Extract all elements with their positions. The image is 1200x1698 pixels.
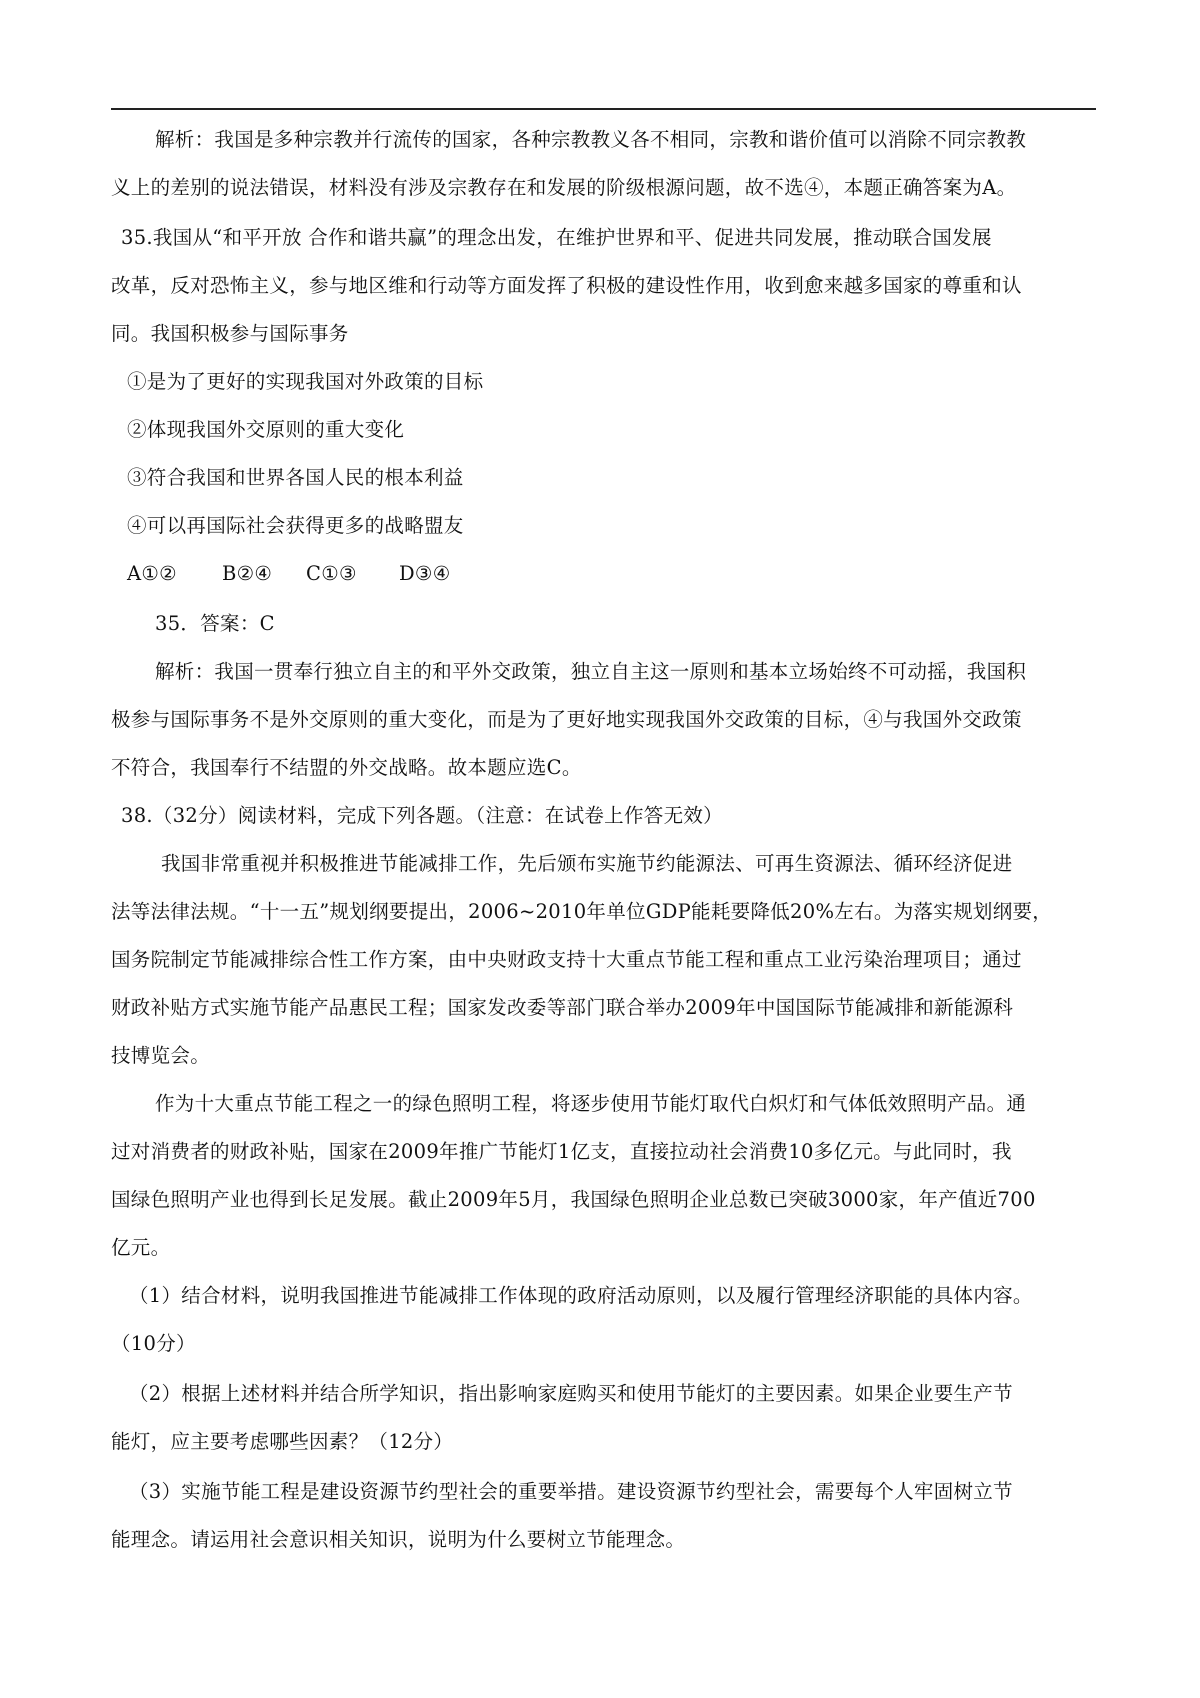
sub-question-3-line-1: （3）实施节能工程是建设资源节约型社会的重要举措。建设资源节约型社会，需要每个人…	[129, 1480, 1013, 1504]
answer-35: 35．答案：C	[155, 612, 275, 636]
question-35-option-b: B②④	[222, 562, 272, 586]
question-35-statement-2: ②体现我国外交原则的重大变化	[127, 418, 404, 442]
header-rule	[111, 108, 1096, 110]
question-35-stem-line-3: 同。我国积极参与国际事务	[111, 322, 349, 346]
material-para-2-line-3: 国绿色照明产业也得到长足发展。截止2009年5月，我国绿色照明企业总数已突破30…	[111, 1188, 1036, 1212]
question-35-statement-3: ③符合我国和世界各国人民的根本利益	[127, 466, 464, 490]
question-35-statement-1: ①是为了更好的实现我国对外政策的目标	[127, 370, 483, 394]
material-para-1-line-1: 我国非常重视并积极推进节能减排工作，先后颁布实施节约能源法、可再生资源法、循环经…	[161, 852, 1012, 876]
analysis-35-line-1: 解析：我国一贯奉行独立自主的和平外交政策，独立自主这一原则和基本立场始终不可动摇…	[155, 660, 1026, 684]
sub-question-1-line-2: （10分）	[111, 1332, 196, 1356]
analysis-35-line-3: 不符合，我国奉行不结盟的外交战略。故本题应选C。	[111, 756, 582, 780]
sub-question-2-line-1: （2）根据上述材料并结合所学知识，指出影响家庭购买和使用节能灯的主要因素。如果企…	[129, 1382, 1013, 1406]
question-35-stem-line-1: 35.我国从“和平开放 合作和谐共赢”的理念出发，在维护世界和平、促进共同发展，…	[121, 226, 992, 250]
material-para-2-line-2: 过对消费者的财政补贴，国家在2009年推广节能灯1亿支，直接拉动社会消费10多亿…	[111, 1140, 1012, 1164]
material-para-1-line-4: 财政补贴方式实施节能产品惠民工程；国家发改委等部门联合举办2009年中国国际节能…	[111, 996, 1013, 1020]
material-para-1-line-2: 法等法律法规。“十一五”规划纲要提出，2006~2010年单位GDP能耗要降低2…	[111, 900, 1052, 924]
analysis-35-line-2: 极参与国际事务不是外交原则的重大变化，而是为了更好地实现我国外交政策的目标，④与…	[111, 708, 1022, 732]
material-para-1-line-3: 国务院制定节能减排综合性工作方案，由中央财政支持十大重点节能工程和重点工业污染治…	[111, 948, 1022, 972]
question-35-statement-4: ④可以再国际社会获得更多的战略盟友	[127, 514, 464, 538]
question-38-heading: 38.（32分）阅读材料，完成下列各题。（注意：在试卷上作答无效）	[121, 804, 723, 828]
material-para-2-line-1: 作为十大重点节能工程之一的绿色照明工程，将逐步使用节能灯取代白炽灯和气体低效照明…	[155, 1092, 1026, 1116]
material-para-2-line-4: 亿元。	[111, 1236, 170, 1260]
question-35-option-c: C①③	[306, 562, 357, 586]
analysis-34-line-2: 义上的差别的说法错误，材料没有涉及宗教存在和发展的阶级根源问题，故不选④，本题正…	[111, 176, 1016, 200]
question-35-stem-line-2: 改革，反对恐怖主义，参与地区维和行动等方面发挥了积极的建设性作用，收到愈来越多国…	[111, 274, 1022, 298]
material-para-1-line-5: 技博览会。	[111, 1044, 210, 1068]
question-35-option-a: A①②	[127, 562, 177, 586]
sub-question-3-line-2: 能理念。请运用社会意识相关知识，说明为什么要树立节能理念。	[111, 1528, 685, 1552]
question-35-option-d: D③④	[399, 562, 451, 586]
sub-question-2-line-2: 能灯，应主要考虑哪些因素？（12分）	[111, 1430, 453, 1454]
analysis-34-line-1: 解析：我国是多种宗教并行流传的国家，各种宗教教义各不相同，宗教和谐价值可以消除不…	[155, 128, 1026, 152]
sub-question-1-line-1: （1）结合材料，说明我国推进节能减排工作体现的政府活动原则，以及履行管理经济职能…	[129, 1284, 1033, 1308]
